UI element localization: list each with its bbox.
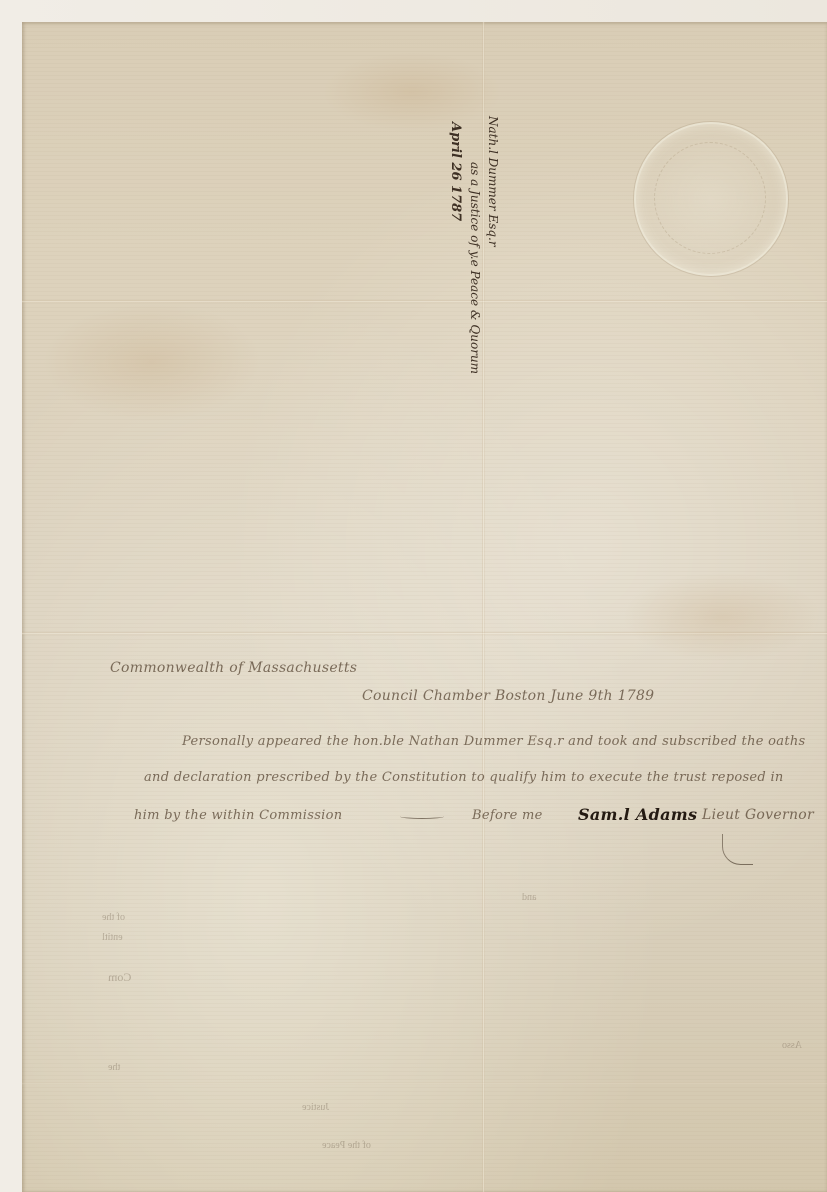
signature-title: Lieut Governor <box>702 807 814 823</box>
bleed-through-text: Com <box>108 970 131 985</box>
docket-line-name: Nath.l Dummer Esq.r <box>486 116 500 247</box>
certification-heading: Commonwealth of Massachusetts <box>110 660 357 676</box>
docket-line-office: as a Justice of y.e Peace & Quorum <box>468 162 482 374</box>
signature-flourish <box>722 834 753 865</box>
foxing-stain <box>622 572 822 662</box>
foxing-stain <box>42 302 262 422</box>
certification-body-line-1: Personally appeared the hon.ble Nathan D… <box>182 734 806 749</box>
certification-place-date: Council Chamber Boston June 9th 1789 <box>362 688 654 704</box>
bleed-through-text: Justice <box>302 1102 329 1113</box>
signature-sam-adams: Sam.l Adams <box>578 805 697 824</box>
docket-line-date: April 26 1787 <box>448 122 463 221</box>
attestation-before-me: Before me <box>472 808 543 823</box>
certification-body-line-3: him by the within Commission <box>134 808 342 823</box>
bleed-through-text: of the Peace <box>322 1140 371 1151</box>
bleed-through-text: the <box>108 1062 120 1073</box>
line-flourish <box>400 814 444 819</box>
bleed-through-text: of the <box>102 912 125 923</box>
seal-inner-ring <box>654 142 766 254</box>
horizontal-fold-line <box>22 1082 827 1085</box>
embossed-seal-icon <box>634 122 788 276</box>
bleed-through-text: and <box>522 892 536 903</box>
bleed-through-text: entitl <box>102 932 123 943</box>
certification-body-line-2: and declaration prescribed by the Consti… <box>144 770 784 785</box>
bleed-through-text: Asso <box>782 1040 802 1051</box>
manuscript-page: Nath.l Dummer Esq.r as a Justice of y.e … <box>22 22 827 1192</box>
docket-endorsement: Nath.l Dummer Esq.r as a Justice of y.e … <box>420 112 530 322</box>
